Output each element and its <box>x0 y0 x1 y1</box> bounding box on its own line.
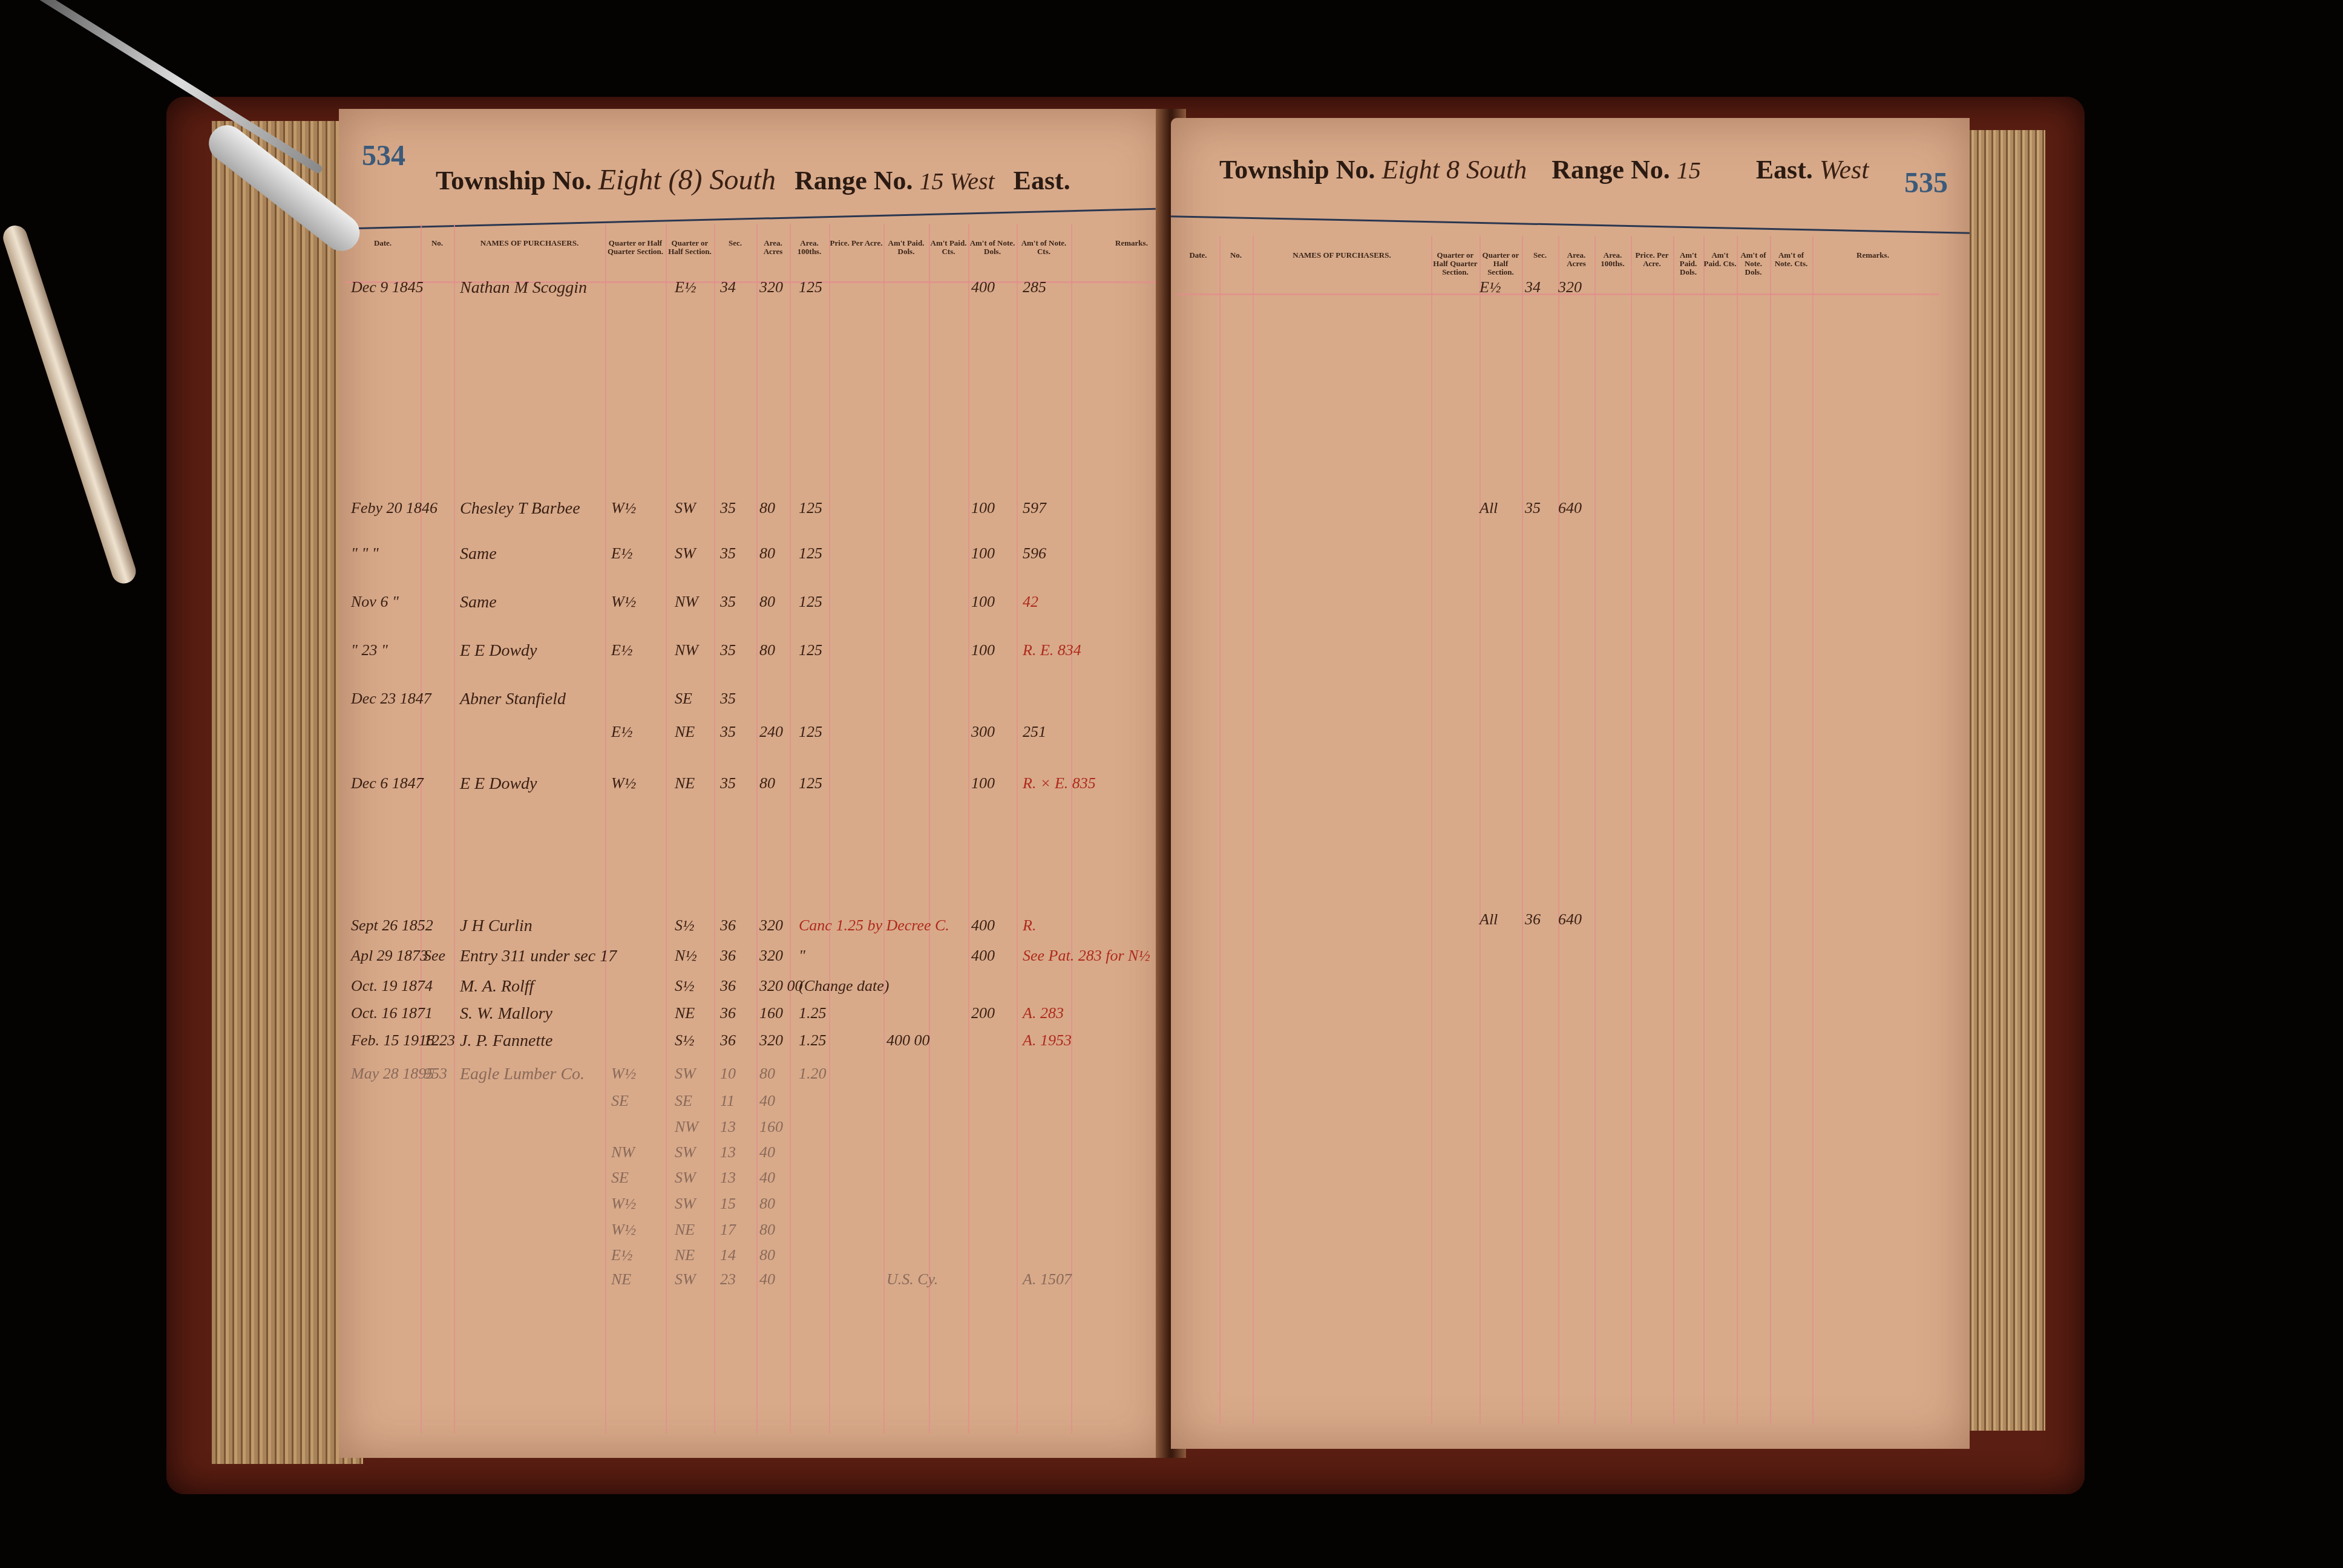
ledger-cell-qhq: W½ <box>611 593 636 611</box>
ledger-cell-acres: 80 <box>759 544 775 563</box>
ledger-cell-price: " <box>799 947 805 965</box>
ledger-cell-price: 125 <box>799 278 822 296</box>
ledger-cell-qhq: E½ <box>611 1246 632 1264</box>
ledger-cell-sec: 15 <box>720 1195 736 1213</box>
page-edges-right <box>1967 130 2045 1431</box>
ledger-cell-note: 100 <box>971 499 995 517</box>
ledger-cell-name: E E Dowdy <box>460 641 537 661</box>
ledger-cell-sec: 35 <box>720 690 736 708</box>
column-rule <box>883 224 885 1434</box>
ledger-cell-qhq: E½ <box>611 723 632 741</box>
township-value: Eight (8) South <box>598 164 776 196</box>
ledger-cell-date: Apl 29 1873 <box>351 947 428 965</box>
page-number: 534 <box>362 139 405 172</box>
ledger-cell-sec: 36 <box>720 916 736 935</box>
column-rule <box>1737 236 1738 1425</box>
ledger-cell-name: Nathan M Scoggin <box>460 278 587 298</box>
ledger-cell-remarks: 285 <box>1023 278 1046 296</box>
column-rule <box>756 224 758 1434</box>
ledger-cell-qh: E½ <box>675 278 696 296</box>
ledger-cell-remarks: 42 <box>1023 593 1038 611</box>
column-rule <box>605 224 606 1434</box>
ledger-cell-acres: 80 <box>759 641 775 659</box>
column-rule <box>1522 236 1523 1425</box>
column-rule <box>1703 236 1705 1425</box>
ledger-cell-note: 100 <box>971 593 995 611</box>
ledger-cell-date: Sept 26 1852 <box>351 916 433 935</box>
ledger-cell-remarks: A. 1507 <box>1023 1270 1072 1289</box>
column-header: Am't Paid. Cts. <box>929 239 968 256</box>
column-rule <box>421 224 422 1434</box>
column-header: No. <box>1219 251 1253 260</box>
ledger-cell-acres: 320 <box>759 916 783 935</box>
column-rule <box>1812 236 1814 1425</box>
column-rule <box>1253 236 1254 1425</box>
township-label: Township No. <box>436 166 592 195</box>
ledger-cell-remarks: 597 <box>1023 499 1046 517</box>
range-label: Range No. <box>795 166 913 195</box>
right-page: 535 Township No. Eight 8 South Range No.… <box>1171 118 1970 1449</box>
ledger-cell-remarks: R. × E. 835 <box>1023 774 1096 792</box>
header-rule <box>351 208 1156 229</box>
ledger-cell-qhq: W½ <box>611 1065 636 1083</box>
ledger-cell-sec: 34 <box>1525 278 1541 296</box>
ledger-cell-acres: 320 00 <box>759 977 803 995</box>
column-header: Quarter or Half Section. <box>1480 251 1522 276</box>
ledger-cell-qhq: W½ <box>611 499 636 517</box>
ledger-cell-qh: SW <box>675 1143 696 1161</box>
ledger-cell-name: M. A. Rolff <box>460 977 534 996</box>
ledger-cell-qh: NE <box>675 774 695 792</box>
ledger-cell-name: J H Curlin <box>460 916 532 936</box>
column-rule <box>1631 236 1632 1425</box>
column-rule <box>790 224 791 1434</box>
letter-opener <box>0 223 139 587</box>
ledger-cell-date: Oct. 16 1871 <box>351 1004 433 1022</box>
header-rule <box>1171 215 1970 234</box>
ledger-cell-remarks: R. E. 834 <box>1023 641 1081 659</box>
ledger-cell-price: 1.25 <box>799 1004 827 1022</box>
ledger-cell-note: 200 <box>971 1004 995 1022</box>
ledger-cell-price: Canc 1.25 by Decree C. <box>799 916 949 935</box>
ledger-cell-acres: 80 <box>759 1221 775 1239</box>
ledger-cell-sec: 35 <box>720 723 736 741</box>
ledger-cell-acres: 640 <box>1558 910 1582 929</box>
ledger-cell-acres: 40 <box>759 1092 775 1110</box>
ledger-cell-qhq: W½ <box>611 1221 636 1239</box>
direction-label: East. <box>1014 166 1070 195</box>
ledger-cell-acres: 40 <box>759 1143 775 1161</box>
column-rule <box>1219 236 1221 1425</box>
column-rule <box>968 224 969 1434</box>
column-rule <box>1480 236 1481 1425</box>
ledger-cell-price: 125 <box>799 499 822 517</box>
direction-label: East. <box>1756 155 1813 185</box>
ledger-cell-sec: 36 <box>720 947 736 965</box>
ledger-cell-sec: 35 <box>1525 499 1541 517</box>
ledger-cell-note: 100 <box>971 641 995 659</box>
ledger-cell-sec: 13 <box>720 1169 736 1187</box>
ledger-cell-date: Dec 9 1845 <box>351 278 424 296</box>
column-header: Sec. <box>1522 251 1558 260</box>
ledger-cell-sec: 11 <box>720 1092 735 1110</box>
ledger-cell-acres: 80 <box>759 1195 775 1213</box>
ledger-cell-name: Eagle Lumber Co. <box>460 1065 585 1084</box>
ledger-cell-note: 400 <box>971 916 995 935</box>
range-value: 15 West <box>919 168 994 195</box>
ledger-cell-qh: SW <box>675 1065 696 1083</box>
ledger-cell-sec: 36 <box>720 1004 736 1022</box>
ledger-cell-acres: 320 <box>759 1031 783 1050</box>
range-value: 15 <box>1677 157 1701 184</box>
ledger-cell-sec: 35 <box>720 774 736 792</box>
ledger-cell-qh: SW <box>675 499 696 517</box>
ledger-cell-sec: 14 <box>720 1246 736 1264</box>
ledger-cell-qhq: E½ <box>611 641 632 659</box>
ledger-cell-name: Chesley T Barbee <box>460 499 580 518</box>
ledger-cell-note: 400 <box>971 947 995 965</box>
ledger-cell-date: Nov 6 " <box>351 593 399 611</box>
ledger-cell-acres: 80 <box>759 774 775 792</box>
column-header: Remarks. <box>1812 251 1933 260</box>
ledger-cell-sec: 34 <box>720 278 736 296</box>
ledger-cell-sec: 35 <box>720 499 736 517</box>
ledger-cell-qhq: W½ <box>611 1195 636 1213</box>
ledger-cell-name: Entry 311 under sec 17 <box>460 947 617 966</box>
ledger-cell-price: 125 <box>799 641 822 659</box>
ledger-cell-qh: SW <box>675 1270 696 1289</box>
ledger-cell-note: 100 <box>971 774 995 792</box>
ledger-cell-paid: 400 00 <box>886 1031 930 1050</box>
ledger-cell-remarks: 596 <box>1023 544 1046 563</box>
ledger-cell-price: 125 <box>799 774 822 792</box>
ledger-cell-remarks: A. 1953 <box>1023 1031 1072 1050</box>
ledger-cell-sec: 10 <box>720 1065 736 1083</box>
column-header: Area. 100ths. <box>1594 251 1631 268</box>
ledger-cell-qh: NW <box>675 1118 698 1136</box>
ledger-cell-acres: 40 <box>759 1270 775 1289</box>
column-rule <box>1431 236 1432 1425</box>
column-header: Am't Paid. Dols. <box>1673 251 1703 276</box>
column-rule <box>1017 224 1018 1434</box>
ledger-cell-sec: 35 <box>720 544 736 563</box>
ledger-cell-qhq: NE <box>611 1270 631 1289</box>
ledger-cell-qh: SW <box>675 1195 696 1213</box>
ledger-cell-qh: S½ <box>675 977 695 995</box>
ledger-cell-date: Feby 20 1846 <box>351 499 437 517</box>
ledger-cell-qh: S½ <box>675 916 695 935</box>
column-rule <box>454 224 455 1434</box>
column-header: Am't of Note. Cts. <box>1017 239 1071 256</box>
column-rule <box>1594 236 1596 1425</box>
column-rule <box>1770 236 1771 1425</box>
ledger-cell-sec: 36 <box>720 1031 736 1050</box>
ledger-cell-qh: SE <box>675 690 692 708</box>
ledger-cell-price: 1.20 <box>799 1065 827 1083</box>
ledger-cell-remarks: 251 <box>1023 723 1046 741</box>
ledger-cell-qh: E½ <box>1480 278 1501 296</box>
ledger-cell-acres: 80 <box>759 499 775 517</box>
column-rule <box>1558 236 1559 1425</box>
ledger-cell-qh: NE <box>675 1246 695 1264</box>
ledger-cell-no: See <box>424 947 445 965</box>
column-header: Price. Per Acre. <box>829 239 883 247</box>
ledger-cell-name: Same <box>460 544 497 564</box>
column-rule <box>1071 224 1072 1434</box>
ledger-cell-price: 125 <box>799 544 822 563</box>
ledger-cell-date: Oct. 19 1874 <box>351 977 433 995</box>
township-value: Eight 8 South <box>1382 155 1527 185</box>
ledger-cell-qhq: W½ <box>611 774 636 792</box>
ledger-cell-acres: 80 <box>759 1065 775 1083</box>
ledger-cell-price: 125 <box>799 723 822 741</box>
column-header: NAMES OF PURCHASERS. <box>454 239 605 247</box>
ledger-cell-acres: 640 <box>1558 499 1582 517</box>
ledger-cell-name: Abner Stanfield <box>460 690 566 709</box>
column-header: Quarter or Half Quarter Section. <box>605 239 666 256</box>
ledger-cell-sec: 35 <box>720 641 736 659</box>
ledger-cell-date: Feb. 15 1918 <box>351 1031 434 1050</box>
ledger-cell-qh: All <box>1480 910 1498 929</box>
ledger-cell-acres: 240 <box>759 723 783 741</box>
ledger-cell-qh: SW <box>675 1169 696 1187</box>
ledger-cell-remarks: A. 283 <box>1023 1004 1064 1022</box>
page-number: 535 <box>1904 166 1948 200</box>
direction-value: West <box>1820 155 1869 185</box>
ledger-cell-price: 125 <box>799 593 822 611</box>
column-header: Am't of Note. Cts. <box>1770 251 1812 268</box>
ledger-cell-qh: N½ <box>675 947 697 965</box>
ledger-cell-qh: NW <box>675 593 698 611</box>
ledger-cell-qhq: SE <box>611 1169 629 1187</box>
ledger-cell-remarks: R. <box>1023 916 1036 935</box>
column-header: Area. Acres <box>1558 251 1594 268</box>
ledger-cell-qh: All <box>1480 499 1498 517</box>
column-rule <box>829 224 830 1434</box>
ledger-cell-acres: 320 <box>1558 278 1582 296</box>
column-header: Quarter or Half Section. <box>666 239 714 256</box>
ledger-cell-qh: NE <box>675 723 695 741</box>
column-header: Am't of Note. Dols. <box>968 239 1017 256</box>
column-rule <box>929 224 930 1434</box>
ledger-cell-sec: 36 <box>1525 910 1541 929</box>
ledger-cell-sec: 13 <box>720 1143 736 1161</box>
column-header: No. <box>421 239 454 247</box>
ledger-cell-acres: 80 <box>759 593 775 611</box>
township-label: Township No. <box>1219 155 1375 185</box>
ledger-cell-sec: 36 <box>720 977 736 995</box>
column-header: Area. Acres <box>756 239 790 256</box>
ledger-cell-acres: 160 <box>759 1004 783 1022</box>
ledger-cell-date: Dec 6 1847 <box>351 774 424 792</box>
column-header: Area. 100ths. <box>790 239 829 256</box>
left-page: 534 Township No. Eight (8) South Range N… <box>339 109 1168 1458</box>
ledger-cell-date: " " " <box>351 544 379 563</box>
ledger-cell-qh: SW <box>675 544 696 563</box>
ledger-cell-no: 953 <box>424 1065 447 1083</box>
ledger-cell-sec: 23 <box>720 1270 736 1289</box>
column-header: Sec. <box>714 239 756 247</box>
ledger-cell-acres: 40 <box>759 1169 775 1187</box>
ledger-cell-note: 400 <box>971 278 995 296</box>
ledger-cell-name: E E Dowdy <box>460 774 537 794</box>
ledger-cell-acres: 160 <box>759 1118 783 1136</box>
ledger-cell-price: (Change date) <box>799 977 889 995</box>
ledger-cell-name: S. W. Mallory <box>460 1004 552 1024</box>
ledger-cell-sec: 13 <box>720 1118 736 1136</box>
range-label: Range No. <box>1552 155 1670 185</box>
ledger-cell-note: 100 <box>971 544 995 563</box>
ledger-cell-date: " 23 " <box>351 641 388 659</box>
ledger-cell-sec: 17 <box>720 1221 736 1239</box>
column-header: Price. Per Acre. <box>1631 251 1673 268</box>
ledger-cell-qhq: E½ <box>611 544 632 563</box>
ledger-cell-qh: SE <box>675 1092 692 1110</box>
column-header: Quarter or Half Quarter Section. <box>1431 251 1480 276</box>
ledger-cell-note: 300 <box>971 723 995 741</box>
ledger-cell-no: 1223 <box>424 1031 455 1050</box>
ledger-cell-qh: NE <box>675 1004 695 1022</box>
column-header: Date. <box>1177 251 1219 260</box>
ledger-cell-qh: S½ <box>675 1031 695 1050</box>
ledger-cell-sec: 35 <box>720 593 736 611</box>
ledger-cell-acres: 80 <box>759 1246 775 1264</box>
ledger-cell-name: J. P. Fannette <box>460 1031 552 1051</box>
ledger-cell-date: Dec 23 1847 <box>351 690 431 708</box>
ledger-cell-price: 1.25 <box>799 1031 827 1050</box>
ledger-cell-qh: NE <box>675 1221 695 1239</box>
column-header: Am't Paid. Dols. <box>883 239 929 256</box>
column-rule <box>1673 236 1674 1425</box>
page-title: Township No. Eight 8 South Range No. 15 … <box>1219 154 1869 185</box>
ledger-cell-paid: U.S. Cy. <box>886 1270 938 1289</box>
ledger-cell-name: Same <box>460 593 497 612</box>
ledger-cell-acres: 320 <box>759 947 783 965</box>
ledger-cell-qh: NW <box>675 641 698 659</box>
column-rule <box>666 224 667 1434</box>
column-header: Am't Paid. Cts. <box>1703 251 1737 268</box>
ledger-cell-qhq: SE <box>611 1092 629 1110</box>
ledger-cell-remarks: See Pat. 283 for N½ <box>1023 947 1150 965</box>
page-title: Township No. Eight (8) South Range No. 1… <box>436 163 1070 197</box>
ledger-cell-qhq: NW <box>611 1143 635 1161</box>
column-header: NAMES OF PURCHASERS. <box>1253 251 1431 260</box>
column-rule <box>714 224 715 1434</box>
ledger-cell-date: May 28 1895 <box>351 1065 434 1083</box>
ledger-cell-acres: 320 <box>759 278 783 296</box>
column-header: Am't of Note. Dols. <box>1737 251 1770 276</box>
